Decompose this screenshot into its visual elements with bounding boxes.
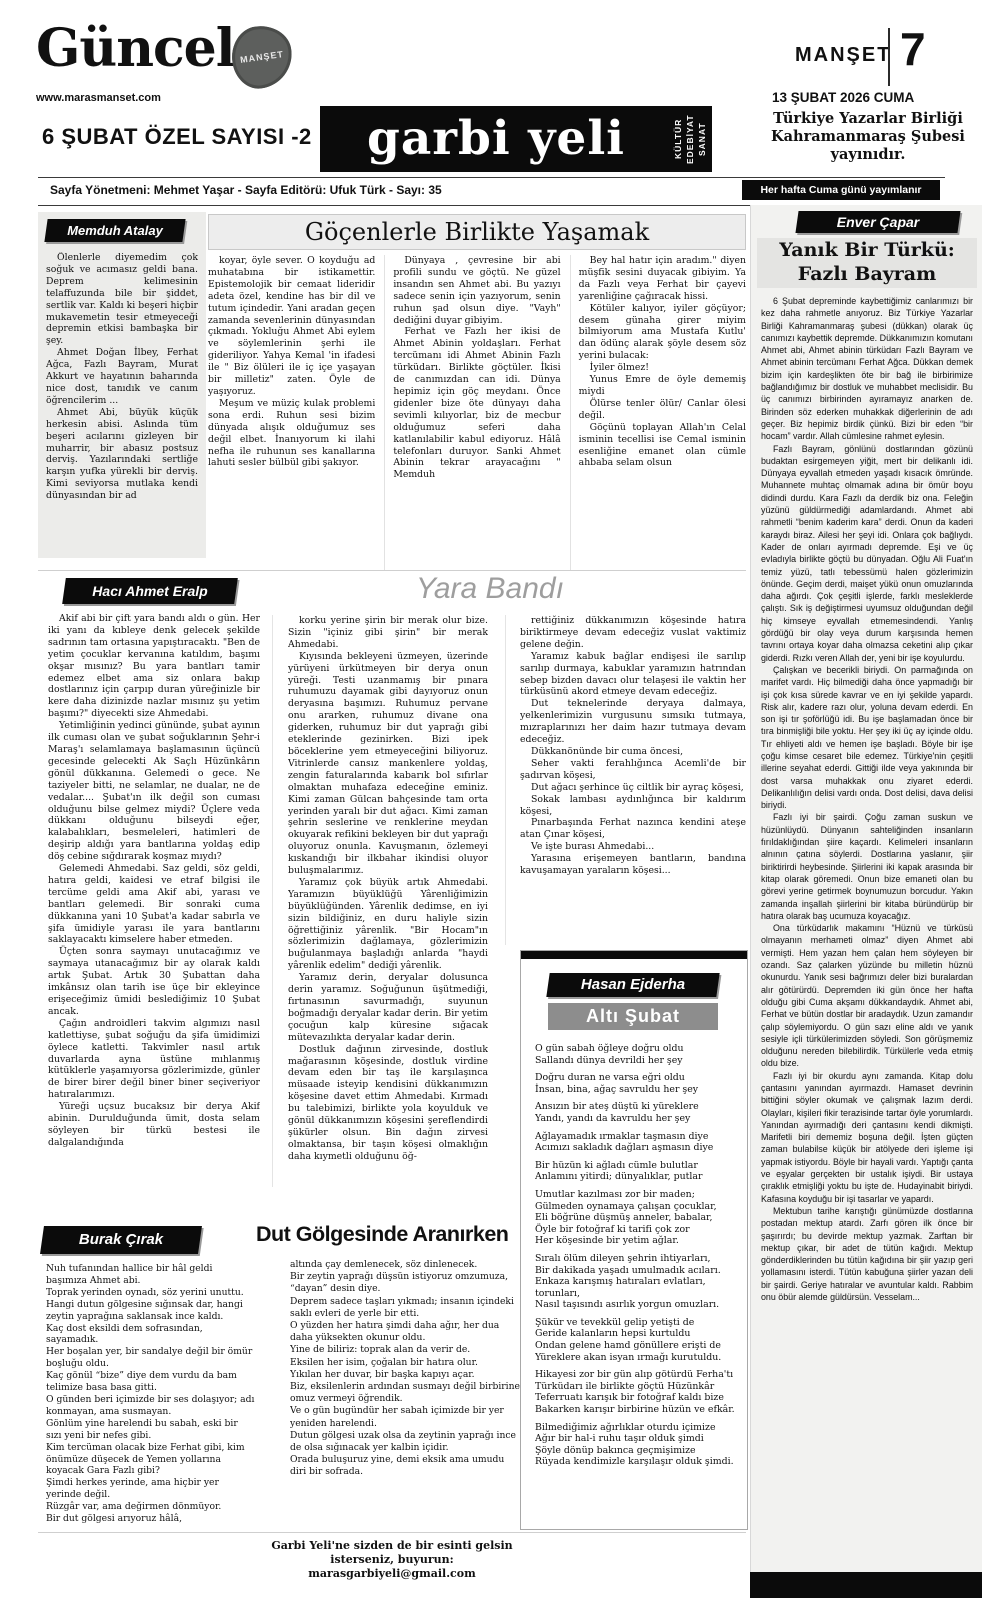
paragraph: Fazlı iyi bir şairdi. Çoğu zaman suskun …: [761, 811, 973, 922]
enver-article-title: Yanık Bir Türkü: Fazlı Bayram: [757, 238, 977, 288]
paragraph: Mektubun tarihe karıştığı günümüzde dost…: [761, 1205, 973, 1303]
poem-line: O yüzden her hatıra şimdi daha ağır, her…: [290, 1320, 522, 1344]
paragraph: Dostluk dağının zirvesinde, dostluk mağa…: [288, 1044, 488, 1163]
paragraph: Dükkanönünde bir cuma öncesi,: [520, 746, 746, 758]
paragraph: Göçünü toplayan Allah'ın Celal isminin t…: [579, 422, 746, 470]
yara-bandi-title: Yara Bandı: [330, 572, 650, 606]
column-rule: [505, 615, 506, 945]
poem-line: Kaç dost eksildi dem sofrasından, sayama…: [46, 1323, 256, 1347]
poem-panel-topbar: [521, 951, 747, 959]
paragraph: Dut ağacı şerhince üç ciltlik bir ayraç …: [520, 782, 746, 794]
footer-invite-text: Garbi Yeli'ne sizden de bir esinti gelsi…: [246, 1539, 538, 1567]
vertical-label-kultur: KÜLTÜR: [673, 108, 683, 170]
paragraph: Yaramız derin, deryalar dolusunca derin …: [288, 972, 488, 1043]
poem-line: Şükür ve tevekkül gelip yetişti de: [535, 1317, 735, 1329]
masthead-title: MANŞET: [795, 44, 891, 67]
paragraph: Bey hal hatır için aradım." diyen müşfik…: [579, 255, 746, 303]
masthead-divider: [888, 28, 890, 86]
article-memduh-text: Ölenlerle diyemedim çok soğuk ve acıması…: [46, 252, 198, 550]
poem-line: Yüreklere akan isyan ırmağı kurutuldu.: [535, 1352, 735, 1364]
paragraph: Akif abi bir çift yara bandı aldı o gün.…: [48, 613, 260, 720]
author-name: Hacı Ahmet Eralp: [64, 578, 236, 604]
special-issue-label: 6 ŞUBAT ÖZEL SAYISI -2: [42, 124, 312, 150]
poem-line: Orada buluşuruz yine, demi eksik ama umu…: [290, 1454, 522, 1478]
issue-date: 13 ŞUBAT 2026 CUMA: [772, 90, 914, 105]
poem-line: Doğru duran ne varsa eğri oldu: [535, 1072, 735, 1084]
paragraph: Sokak lambası aydınlığınca bir kaldırım …: [520, 794, 746, 818]
poem-line: O gün sabah öğleye doğru oldu: [535, 1043, 735, 1055]
poem-line: Bakarken karışır birbirine hüzün ve efkâ…: [535, 1404, 735, 1416]
paragraph: Fazlı iyi bir okurdu aynı zamanda. Kitap…: [761, 1070, 973, 1205]
poem-line: Anlamını yitirdi; dünyalıklar, putlar: [535, 1171, 735, 1183]
schedule-note: Her hafta Cuma günü yayımlanır: [742, 180, 940, 200]
poem-lines: O gün sabah öğleye doğru olduSallandı dü…: [535, 1043, 735, 1521]
banner-vertical-labels: KÜLTÜR EDEBİYAT SANAT: [672, 108, 708, 170]
brand-logo: Güncel: [36, 18, 235, 79]
main-article-col2: Dünyaya , çevresine bir abi profili sund…: [384, 255, 560, 570]
paragraph: Ona türküdarlık makamını “Hüznü ve türkü…: [761, 922, 973, 1070]
poem-line: Öyle bir fotoğraf ki tarifi çok zor: [535, 1224, 735, 1236]
paragraph: Seher vakti ferahlığınca Acemli'de bir ş…: [520, 758, 746, 782]
section-divider: [38, 570, 746, 571]
enver-bottom-bar: [750, 1572, 982, 1598]
poem-line: Deprem sadece taşları yıkmadı; insanın i…: [290, 1296, 522, 1320]
poem-line: Rüzgâr var, ama değirmen dönmüyor.: [46, 1501, 256, 1513]
paragraph: Fazlı Bayram, gönlünü dostlarından gözün…: [761, 443, 973, 664]
paragraph: Yetimliğinin yedinci gününde, şubat ayın…: [48, 720, 260, 863]
paragraph: Gelemedi Ahmedabi. Saz geldi, söz geldi,…: [48, 863, 260, 946]
paragraph: Ahmet Doğan İlbey, Ferhat Ağca, Fazlı Ba…: [46, 347, 198, 407]
enver-title-line2: Fazlı Bayram: [757, 262, 977, 286]
poem-line: Bir dut gölgesi arıyoruz hâlâ,: [46, 1513, 256, 1525]
poem-line: Yıkılan her duvar, bir başka kapıyı açar…: [290, 1369, 522, 1381]
paragraph: Ahmet Abi, büyük küçük herkesin abisi. A…: [46, 407, 198, 502]
poem-line: Sallandı dünya devrildi her şey: [535, 1055, 735, 1067]
poem-line: Ağır bir hal-i ruhu taşır olduk şimdi: [535, 1433, 735, 1445]
paragraph: Ölenlerle diyemedim çok soğuk ve acıması…: [46, 252, 198, 347]
paragraph: Dut teknelerinde deryaya dalmaya, yelken…: [520, 698, 746, 746]
poem-line: Bir hüzün ki ağladı cümle bulutlar: [535, 1160, 735, 1172]
paragraph: Çağın androidleri takvim algımızı nasıl …: [48, 1018, 260, 1101]
poem-line: Sıralı ölüm dileyen şehrin ihtiyarları,: [535, 1253, 735, 1265]
paragraph: Yüreği uçsuz bucaksız bir derya Akif abi…: [48, 1101, 260, 1149]
vertical-label-sanat: SANAT: [697, 108, 707, 170]
poem-line: Teferruatı karışık bir fotoğraf kaldı bi…: [535, 1392, 735, 1404]
poem-line: Rüyada kendimizle karşılaşır olduk şimdi…: [535, 1456, 735, 1468]
header-rule-top: [38, 177, 945, 178]
poem-line: Kim tercüman olacak bize Ferhat gibi, ki…: [46, 1442, 256, 1478]
poem-line: Hangi dutun gölgesine sığınsak dar, hang…: [46, 1299, 256, 1323]
yara-author-column: Akif abi bir çift yara bandı aldı o gün.…: [48, 613, 260, 1189]
poem-line: Hikayesi zor bir gün alıp götürdü Ferha'…: [535, 1369, 735, 1381]
column-rule: [272, 615, 273, 1187]
paragraph: Ve işte burası Ahmedabi...: [520, 841, 746, 853]
burak-column: Nuh tufanından hallice bir hâl geldi baş…: [46, 1263, 256, 1531]
stamp-logo: MANŞET: [228, 22, 296, 92]
main-article-col1: koyar, öyle sever. O koyduğu ad muhatabı…: [208, 255, 375, 570]
poem-line: Biz, eksilenlerin ardından susmayı değil…: [290, 1381, 522, 1405]
paragraph: Yaramız kabuk bağlar endişesi ile sarılı…: [520, 651, 746, 699]
poem-panel-alti-subat: Hasan Ejderha Altı Şubat O gün sabah öğl…: [520, 950, 748, 1530]
article-memduh: Memduh Atalay Ölenlerle diyemedim çok so…: [38, 212, 206, 558]
footer-rule: [38, 1532, 746, 1533]
yara-column-a: korku yerine şirin bir merak olur bize. …: [288, 615, 488, 1189]
poem-line: Enkaza karışmış hatıraları evlatları,: [535, 1276, 735, 1288]
article-enver: Enver Çapar Yanık Bir Türkü: Fazlı Bayra…: [750, 205, 982, 1573]
author-name: Memduh Atalay: [46, 219, 184, 242]
footer-invite: Garbi Yeli'ne sizden de bir esinti gelsi…: [246, 1539, 538, 1581]
poem-line: Nuh tufanından hallice bir hâl geldi baş…: [46, 1263, 256, 1287]
main-article-columns: koyar, öyle sever. O koyduğu ad muhatabı…: [208, 255, 746, 570]
yara-column-b: rettiğiniz dükkanımızın köşesinde hatıra…: [520, 615, 746, 945]
author-box-memduh-atalay: Memduh Atalay: [44, 219, 185, 242]
poem-line: Her köşesinde bir yetim ağlar.: [535, 1235, 735, 1247]
poem-line: Geride kalanların hepsi kurtuldu: [535, 1328, 735, 1340]
poem-line: Acımızı sakladık dağları aşmasın diye: [535, 1142, 735, 1154]
poem-line: Şöyle dönüp bakınca geçmişimize: [535, 1445, 735, 1457]
paragraph: Yarasına erişemeyen bantların, bandına k…: [520, 853, 746, 877]
poem-line: Eksilen her isim, çoğalan bir hatıra olu…: [290, 1357, 522, 1369]
poem-line: Kaç gönül “bize” diye dem vurdu da bam t…: [46, 1370, 256, 1394]
poem-line: Dutun gölgesi uzak olsa da zeytinin yapr…: [290, 1430, 522, 1454]
paragraph: Pınarbaşında Ferhat nazınca kendini ateş…: [520, 817, 746, 841]
poem-title: Altı Şubat: [548, 1003, 718, 1030]
paragraph: Üçten sonra saymayı unutacağımız ve saym…: [48, 946, 260, 1017]
publisher-note: Türkiye Yazarlar Birliği Kahramanmaraş Ş…: [755, 110, 981, 164]
paragraph: İyiler ölmez!: [579, 362, 746, 374]
enver-title-line1: Yanık Bir Türkü:: [757, 238, 977, 262]
poem-line: Yine de biliriz: toprak alan da verir de…: [290, 1344, 522, 1356]
paragraph: 6 Şubat depreminde kaybettiğimiz canları…: [761, 295, 973, 443]
poem-line: altında çay demlenecek, söz dinlenecek.: [290, 1259, 522, 1271]
poem-line: Ve o gün bugündür her sabah içimizde bir…: [290, 1405, 522, 1429]
stamp-text: MANŞET: [240, 49, 285, 65]
paragraph: koyar, öyle sever. O koyduğu ad muhatabı…: [208, 255, 375, 398]
poem-line: Türküdarı ile birlikte göçtü Hüzünkâr: [535, 1381, 735, 1393]
paragraph: Ölürse tenler ölür/ Canlar ölesi değil.: [579, 398, 746, 422]
paragraph: Çalışkan ve becerikli biriydi. On parmağ…: [761, 664, 973, 812]
poem-line: Yandı, yandı da kavruldu her şey: [535, 1113, 735, 1125]
poem-line: Bir dakikada yaşadı umulmadık acıları.: [535, 1265, 735, 1277]
author-name: Hasan Ejderha: [548, 973, 718, 997]
vertical-label-edebiyat: EDEBİYAT: [685, 108, 695, 170]
paragraph: Yaramız çok büyük artık Ahmedabi. Yaramı…: [288, 877, 488, 972]
author-name: Enver Çapar: [797, 211, 959, 233]
poem-line: Ansızın bir ateş düştü ki yüreklere: [535, 1101, 735, 1113]
poem-line: Ağlayamadık ırmaklar taşmasın diye: [535, 1131, 735, 1143]
poem-line: Gönlüm yine harelendi bu sabah, eski bir…: [46, 1418, 256, 1442]
poem-line: Bir zeytin yaprağı düşsün istiyoruz omzu…: [290, 1271, 522, 1283]
poem-line: Bilmediğimiz ağırlıklar oturdu içimize: [535, 1422, 735, 1434]
poem-line: Umutlar kazılması zor bir maden;: [535, 1189, 735, 1201]
dut-golgesinde-title: Dut Gölgesinde Aranırken: [256, 1222, 524, 1247]
poem-line: O günden beri içimizde bir ses dolaşıyor…: [46, 1394, 256, 1418]
poem-line: Eli böğrüne düşmüş anneler, babalar,: [535, 1212, 735, 1224]
paragraph: Kötüler kalıyor, iyiler göçüyor; desem g…: [579, 303, 746, 363]
banner: garbi yeli KÜLTÜR EDEBİYAT SANAT: [320, 106, 712, 172]
staff-line: Sayfa Yönetmeni: Mehmet Yaşar - Sayfa Ed…: [50, 183, 442, 197]
paragraph: Kıyısında bekleyeni üzmeyen, üzerinde yü…: [288, 651, 488, 877]
poem-line: Ondan gelene hamd gönüllere erişti de: [535, 1340, 735, 1352]
banner-title: garbi yeli: [320, 106, 672, 172]
paragraph: Ferhat ve Fazlı her ikisi de Ahmet Abini…: [393, 326, 560, 481]
poem-line: İnsan, bina, ağaç savruldu her şey: [535, 1084, 735, 1096]
author-box-haci-ahmet-eralp: Hacı Ahmet Eralp: [62, 578, 238, 604]
author-box-enver-capar: Enver Çapar: [795, 211, 960, 233]
poem-line: Toprak yerinden oynadı, söz yerini unutt…: [46, 1287, 256, 1299]
poem-line: “dayan” desin diye.: [290, 1283, 522, 1295]
paragraph: rettiğiniz dükkanımızın köşesinde hatıra…: [520, 615, 746, 651]
enver-article-text: 6 Şubat depreminde kaybettiğimiz canları…: [761, 295, 973, 1567]
main-article-col3: Bey hal hatır için aradım." diyen müşfik…: [570, 255, 746, 570]
author-name: Burak Çırak: [42, 1226, 200, 1254]
dut-golgesinde-text: altında çay demlenecek, söz dinlenecek.B…: [290, 1259, 522, 1529]
newspaper-page: Güncel MANŞET MANŞET 7 www.marasmanset.c…: [0, 0, 982, 1600]
poem-line: torunları,: [535, 1288, 735, 1300]
paragraph: korku yerine şirin bir merak olur bize. …: [288, 615, 488, 651]
footer-email: marasgarbiyeli@gmail.com: [246, 1567, 538, 1581]
poem-line: Şimdi herkes yerinde, ama hiçbir yer yer…: [46, 1477, 256, 1501]
site-url: www.marasmanset.com: [36, 92, 161, 104]
poem-line: Her boşalan yer, bir sandalye değil bir …: [46, 1346, 256, 1370]
page-number: 7: [900, 22, 926, 76]
poem-line: Gülmeden oynamaya çalışan çocuklar,: [535, 1201, 735, 1213]
author-box-burak-cirak: Burak Çırak: [40, 1226, 202, 1254]
paragraph: Meşum ve müziç kulak problemi sona erdi.…: [208, 398, 375, 469]
paragraph: Yunus Emre de öyle dememiş miydi: [579, 374, 746, 398]
author-box-hasan-ejderha: Hasan Ejderha: [546, 973, 719, 997]
main-headline: Göçenlerle Birlikte Yaşamak: [208, 214, 746, 250]
poem-line: Nasıl taşısındı asırlık yorgun omuzları.: [535, 1299, 735, 1311]
paragraph: Dünyaya , çevresine bir abi profili sund…: [393, 255, 560, 326]
